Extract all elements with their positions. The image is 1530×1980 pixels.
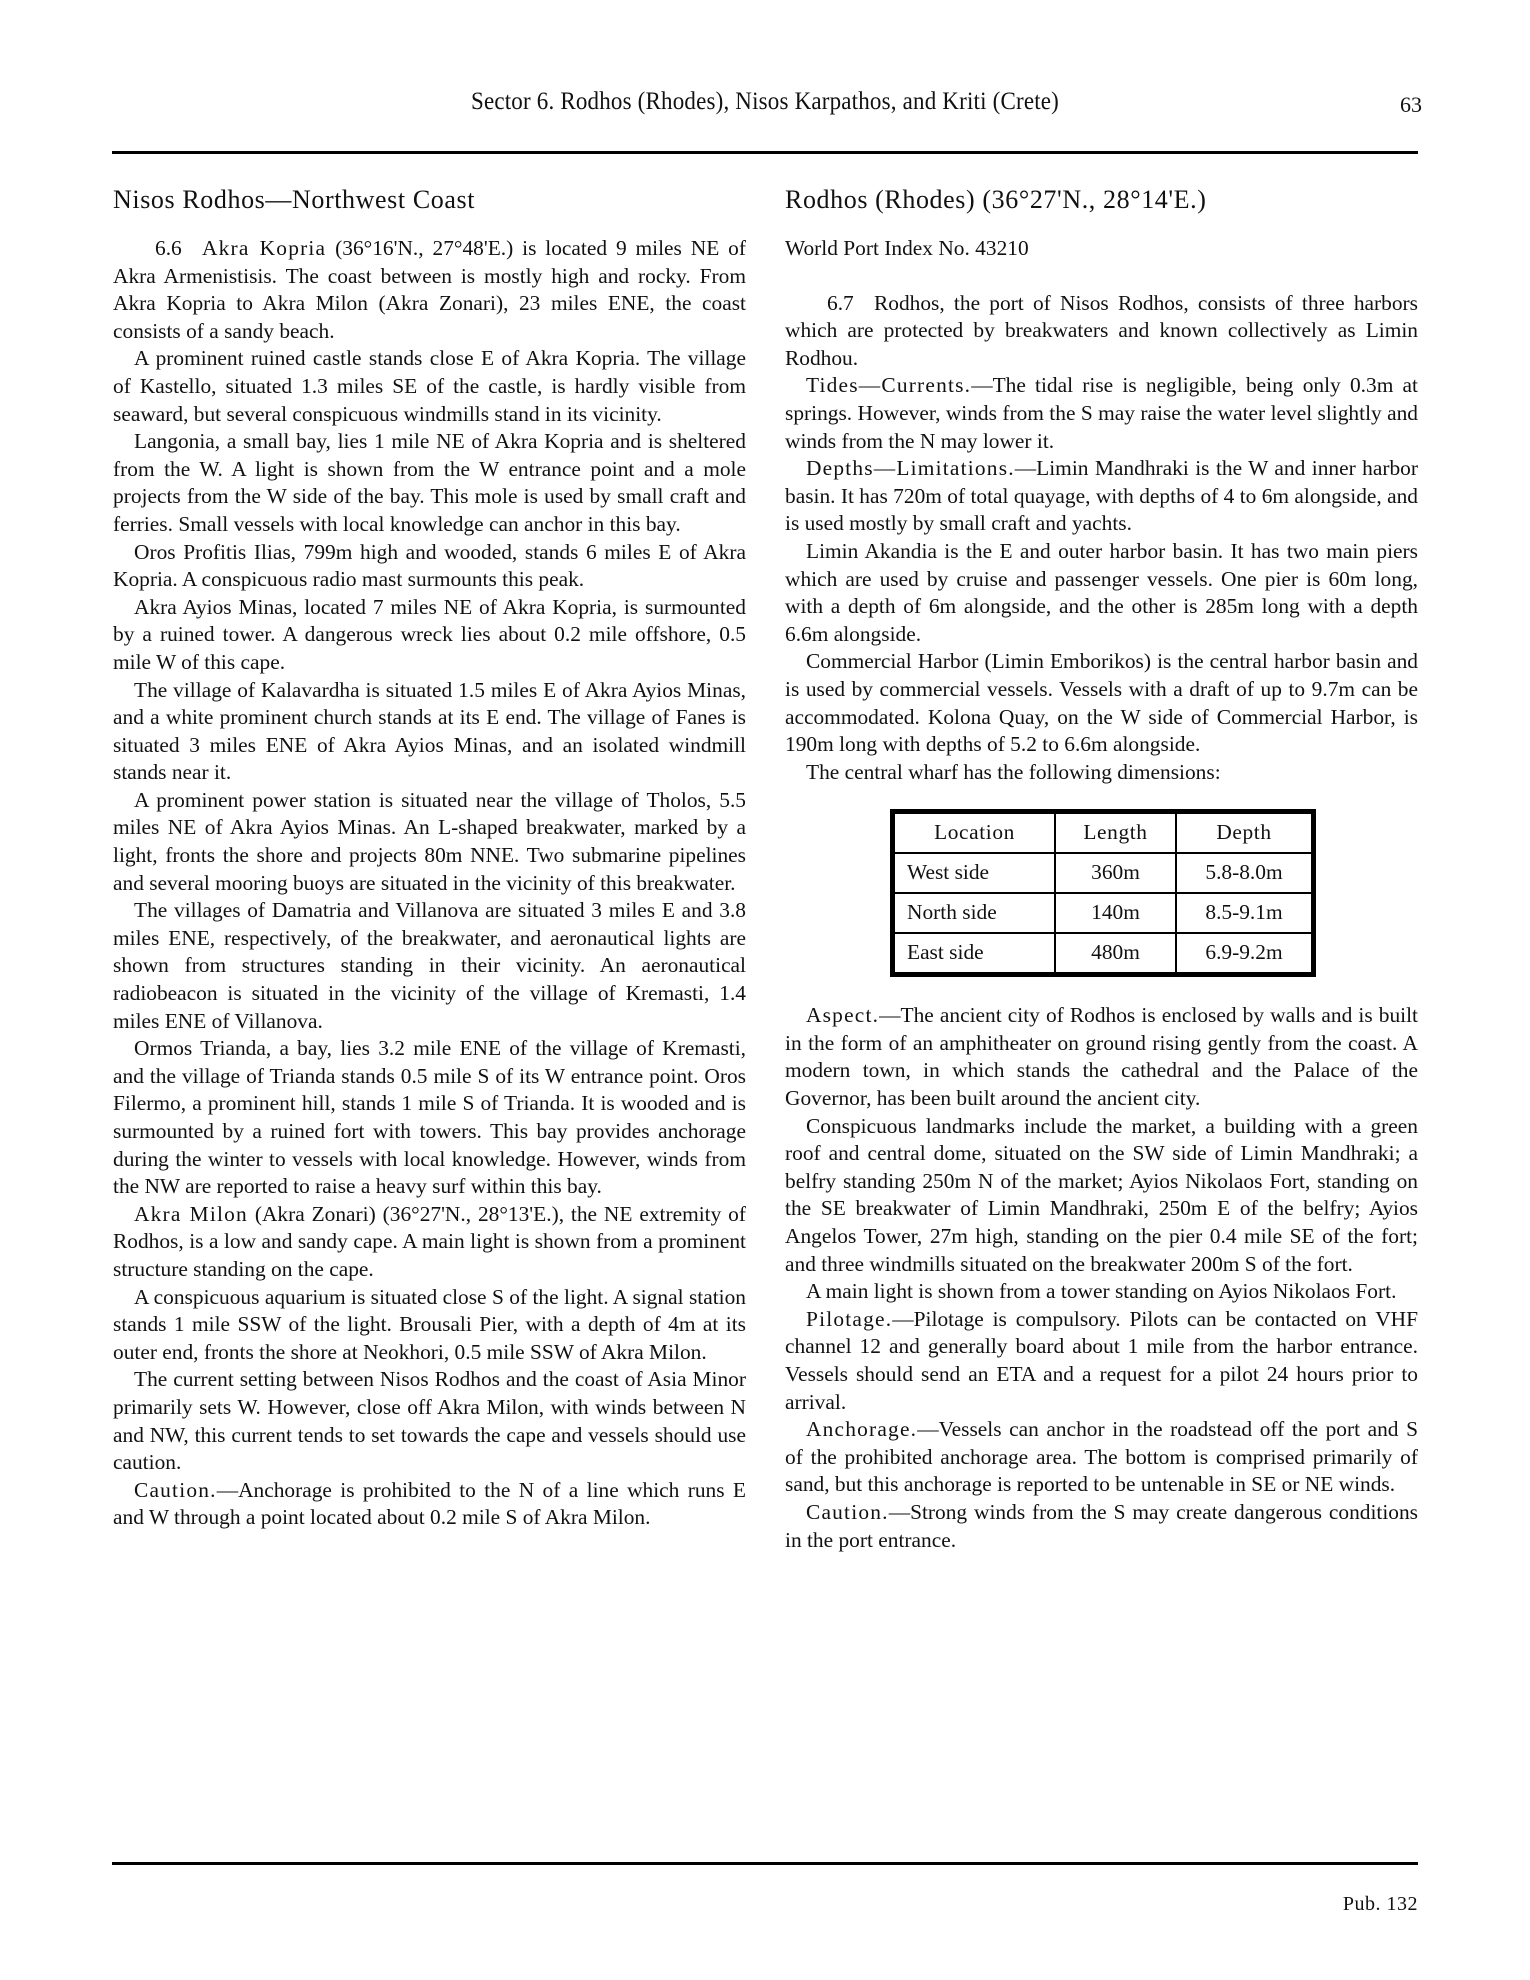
paragraph: Akra Ayios Minas, located 7 miles NE of …: [113, 594, 746, 677]
wharf-dimensions-table: Location Length Depth West side 360m 5.8…: [890, 809, 1316, 977]
table-row: North side 140m 8.5-9.1m: [893, 893, 1314, 933]
paragraph: A prominent ruined castle stands close E…: [113, 345, 746, 428]
paragraph-text: Rodhos, the port of Nisos Rodhos, consis…: [785, 291, 1418, 370]
paragraph-lead: Pilotage.: [806, 1307, 892, 1331]
left-column: Nisos Rodhos—Northwest Coast 6.6Akra Kop…: [113, 184, 746, 1532]
paragraph: Anchorage.—Vessels can anchor in the roa…: [785, 1416, 1418, 1499]
paragraph: Aspect.—The ancient city of Rodhos is en…: [785, 1002, 1418, 1112]
paragraph: The current setting between Nisos Rodhos…: [113, 1366, 746, 1476]
paragraph: The village of Kalavardha is situated 1.…: [113, 677, 746, 787]
paragraph: Tides—Currents.—The tidal rise is neglig…: [785, 372, 1418, 455]
paragraph: Akra Milon (Akra Zonari) (36°27'N., 28°1…: [113, 1201, 746, 1284]
cell-length: 140m: [1055, 893, 1176, 933]
cell-depth: 5.8-8.0m: [1176, 853, 1314, 893]
paragraph-lead: Akra Milon: [134, 1202, 248, 1226]
paragraph-lead: Tides—Currents.: [806, 373, 971, 397]
cell-location: West side: [893, 853, 1056, 893]
paragraph: Caution.—Strong winds from the S may cre…: [785, 1499, 1418, 1554]
paragraph: The villages of Damatria and Villanova a…: [113, 897, 746, 1035]
table-row: East side 480m 6.9-9.2m: [893, 933, 1314, 975]
column-header-length: Length: [1055, 812, 1176, 854]
cell-depth: 6.9-9.2m: [1176, 933, 1314, 975]
paragraph: Commercial Harbor (Limin Emborikos) is t…: [785, 648, 1418, 758]
paragraph: A prominent power station is situated ne…: [113, 787, 746, 897]
page-header-title: Sector 6. Rodhos (Rhodes), Nisos Karpath…: [61, 88, 1469, 116]
column-header-location: Location: [893, 812, 1056, 854]
paragraph: Conspicuous landmarks include the market…: [785, 1113, 1418, 1279]
section-heading-rodhos: Rodhos (Rhodes) (36°27'N., 28°14'E.): [785, 184, 1418, 216]
column-header-depth: Depth: [1176, 812, 1314, 854]
paragraph-number: 6.6: [134, 235, 202, 263]
paragraph-lead: Anchorage.: [806, 1417, 917, 1441]
header-rule: [112, 151, 1418, 154]
cell-location: East side: [893, 933, 1056, 975]
paragraph-lead: Depths—Limitations.: [806, 456, 1015, 480]
paragraph-lead: Akra Kopria: [202, 236, 326, 260]
paragraph: A main light is shown from a tower stand…: [785, 1278, 1418, 1306]
paragraph: Pilotage.—Pilotage is compulsory. Pilots…: [785, 1306, 1418, 1416]
page-number: 63: [1400, 92, 1422, 118]
paragraph: Depths—Limitations.—Limin Mandhraki is t…: [785, 455, 1418, 538]
paragraph: Limin Akandia is the E and outer harbor …: [785, 538, 1418, 648]
paragraph-lead: Caution.: [134, 1478, 217, 1502]
paragraph: Langonia, a small bay, lies 1 mile NE of…: [113, 428, 746, 538]
paragraph-text: —The ancient city of Rodhos is enclosed …: [785, 1003, 1418, 1110]
right-column: Rodhos (Rhodes) (36°27'N., 28°14'E.) Wor…: [785, 184, 1418, 1554]
world-port-index: World Port Index No. 43210: [785, 235, 1418, 263]
footer-publication: Pub. 132: [1343, 1893, 1418, 1916]
table-header-row: Location Length Depth: [893, 812, 1314, 854]
paragraph: The central wharf has the following dime…: [785, 759, 1418, 787]
paragraph: Ormos Trianda, a bay, lies 3.2 mile ENE …: [113, 1035, 746, 1201]
paragraph: A conspicuous aquarium is situated close…: [113, 1284, 746, 1367]
paragraph-number: 6.7: [806, 290, 874, 318]
paragraph: Oros Profitis Ilias, 799m high and woode…: [113, 539, 746, 594]
cell-location: North side: [893, 893, 1056, 933]
paragraph-lead: Caution.: [806, 1500, 889, 1524]
cell-depth: 8.5-9.1m: [1176, 893, 1314, 933]
paragraph: Caution.—Anchorage is prohibited to the …: [113, 1477, 746, 1532]
table-row: West side 360m 5.8-8.0m: [893, 853, 1314, 893]
cell-length: 360m: [1055, 853, 1176, 893]
section-heading-northwest-coast: Nisos Rodhos—Northwest Coast: [113, 184, 746, 216]
paragraph: 6.6Akra Kopria (36°16'N., 27°48'E.) is l…: [113, 235, 746, 345]
paragraph-lead: Aspect.: [806, 1003, 879, 1027]
footer-rule: [112, 1862, 1418, 1865]
cell-length: 480m: [1055, 933, 1176, 975]
paragraph: 6.7Rodhos, the port of Nisos Rodhos, con…: [785, 290, 1418, 373]
